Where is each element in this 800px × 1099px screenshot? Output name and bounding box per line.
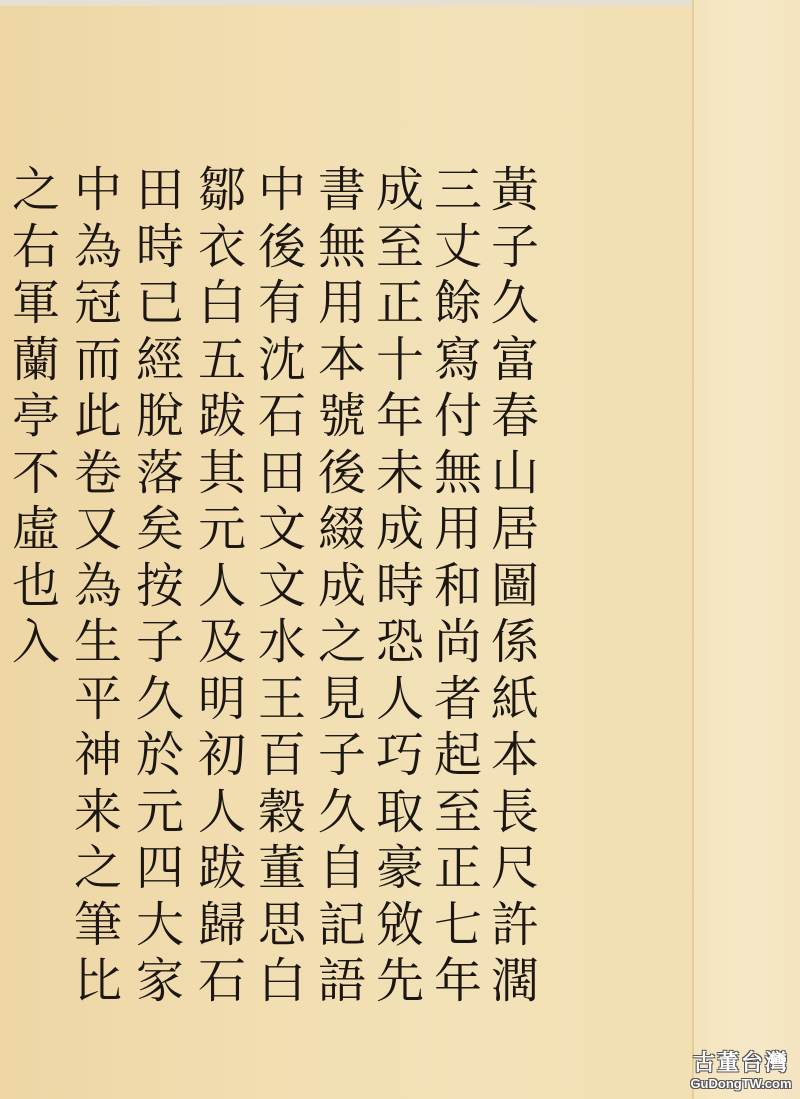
character: 於 <box>130 727 190 784</box>
character: 豪 <box>370 840 430 897</box>
character: 人 <box>192 558 252 615</box>
character: 王 <box>252 671 312 728</box>
character: 人 <box>370 671 430 728</box>
character: 落 <box>130 445 190 502</box>
character: 已 <box>130 275 190 332</box>
character: 係 <box>485 614 545 671</box>
character: 按 <box>130 558 190 615</box>
character: 為 <box>68 219 128 276</box>
character: 春 <box>485 388 545 445</box>
character: 董 <box>252 840 312 897</box>
character: 文 <box>252 501 312 558</box>
character: 冠 <box>68 275 128 332</box>
text-column-1: 黃子久富春山居圖係紙本長尺許濶 <box>485 162 545 1010</box>
character: 居 <box>485 501 545 558</box>
text-column-7: 田時已經脫落矣按子久於元四大家 <box>130 162 190 1010</box>
character: 筆 <box>68 897 128 954</box>
character: 許 <box>485 897 545 954</box>
character: 蘭 <box>6 332 66 389</box>
character: 生 <box>68 614 128 671</box>
character: 沈 <box>252 332 312 389</box>
character: 敓 <box>370 897 430 954</box>
character: 亭 <box>6 388 66 445</box>
character: 三 <box>428 162 488 219</box>
character: 巧 <box>370 727 430 784</box>
character: 鄒 <box>192 162 252 219</box>
text-column-9: 之右軍蘭亭不虛也入 <box>6 162 66 671</box>
character: 恐 <box>370 614 430 671</box>
character: 黃 <box>485 162 545 219</box>
character: 入 <box>6 614 66 671</box>
character: 為 <box>68 558 128 615</box>
character: 虛 <box>6 501 66 558</box>
character: 圖 <box>485 558 545 615</box>
character: 綴 <box>312 501 372 558</box>
text-column-2: 三丈餘寫付無用和尚者起至正七年 <box>428 162 488 1010</box>
character: 成 <box>370 501 430 558</box>
character: 起 <box>428 727 488 784</box>
character: 百 <box>252 727 312 784</box>
character: 後 <box>252 219 312 276</box>
text-column-6: 鄒衣白五跋其元人及明初人跋歸石 <box>192 162 252 1010</box>
watermark-url: GuDongTW.com <box>686 1076 796 1092</box>
character: 之 <box>6 162 66 219</box>
character: 石 <box>192 953 252 1010</box>
character: 白 <box>252 953 312 1010</box>
character: 取 <box>370 784 430 841</box>
character: 至 <box>370 219 430 276</box>
character: 子 <box>485 219 545 276</box>
paper-seam <box>692 0 694 1099</box>
character: 長 <box>485 784 545 841</box>
character: 軍 <box>6 275 66 332</box>
character: 本 <box>312 332 372 389</box>
watermark: 古董台灣 GuDongTW.com <box>686 1052 796 1092</box>
character: 久 <box>130 671 190 728</box>
character: 號 <box>312 388 372 445</box>
character: 此 <box>68 388 128 445</box>
character: 跋 <box>192 388 252 445</box>
character: 又 <box>68 501 128 558</box>
character: 中 <box>68 162 128 219</box>
character: 成 <box>312 558 372 615</box>
character: 白 <box>192 275 252 332</box>
character: 家 <box>130 953 190 1010</box>
character: 初 <box>192 727 252 784</box>
text-column-8: 中為冠而此卷又為生平神来之筆比 <box>68 162 128 1010</box>
watermark-chinese: 古董台灣 <box>686 1052 796 1076</box>
top-edge <box>0 0 800 6</box>
character: 書 <box>312 162 372 219</box>
character: 尚 <box>428 614 488 671</box>
character: 右 <box>6 219 66 276</box>
character: 見 <box>312 671 372 728</box>
right-blank-panel <box>693 0 800 1099</box>
character: 無 <box>312 219 372 276</box>
character: 人 <box>192 784 252 841</box>
character: 紙 <box>485 671 545 728</box>
character: 寫 <box>428 332 488 389</box>
character: 之 <box>68 840 128 897</box>
text-column-4: 書無用本號後綴成之見子久自記語 <box>312 162 372 1010</box>
character: 之 <box>312 614 372 671</box>
character: 年 <box>428 953 488 1010</box>
character: 自 <box>312 840 372 897</box>
character: 正 <box>428 840 488 897</box>
character: 無 <box>428 445 488 502</box>
character: 元 <box>192 501 252 558</box>
character: 思 <box>252 897 312 954</box>
character: 年 <box>370 388 430 445</box>
character: 不 <box>6 445 66 502</box>
character: 脫 <box>130 388 190 445</box>
character: 本 <box>485 727 545 784</box>
character: 水 <box>252 614 312 671</box>
character: 五 <box>192 332 252 389</box>
character: 田 <box>130 162 190 219</box>
character: 中 <box>252 162 312 219</box>
character: 衣 <box>192 219 252 276</box>
character: 明 <box>192 671 252 728</box>
character: 田 <box>252 445 312 502</box>
character: 比 <box>68 953 128 1010</box>
character: 時 <box>370 558 430 615</box>
character: 子 <box>312 727 372 784</box>
character: 跋 <box>192 840 252 897</box>
character: 矣 <box>130 501 190 558</box>
character: 元 <box>130 784 190 841</box>
text-column-5: 中後有沈石田文文水王百穀董思白 <box>252 162 312 1010</box>
character: 子 <box>130 614 190 671</box>
character: 石 <box>252 388 312 445</box>
character: 正 <box>370 275 430 332</box>
character: 也 <box>6 558 66 615</box>
character: 其 <box>192 445 252 502</box>
character: 未 <box>370 445 430 502</box>
character: 及 <box>192 614 252 671</box>
character: 来 <box>68 784 128 841</box>
character: 卷 <box>68 445 128 502</box>
character: 文 <box>252 558 312 615</box>
character: 山 <box>485 445 545 502</box>
character: 付 <box>428 388 488 445</box>
character: 久 <box>485 275 545 332</box>
character: 和 <box>428 558 488 615</box>
character: 至 <box>428 784 488 841</box>
character: 尺 <box>485 840 545 897</box>
character: 先 <box>370 953 430 1010</box>
character: 用 <box>312 275 372 332</box>
character: 者 <box>428 671 488 728</box>
character: 時 <box>130 219 190 276</box>
character: 平 <box>68 671 128 728</box>
character: 而 <box>68 332 128 389</box>
character: 記 <box>312 897 372 954</box>
character: 語 <box>312 953 372 1010</box>
character: 神 <box>68 727 128 784</box>
character: 濶 <box>485 953 545 1010</box>
character: 十 <box>370 332 430 389</box>
character: 七 <box>428 897 488 954</box>
character: 經 <box>130 332 190 389</box>
character: 用 <box>428 501 488 558</box>
character: 歸 <box>192 897 252 954</box>
character: 有 <box>252 275 312 332</box>
character: 穀 <box>252 784 312 841</box>
character: 成 <box>370 162 430 219</box>
character: 後 <box>312 445 372 502</box>
character: 久 <box>312 784 372 841</box>
character: 富 <box>485 332 545 389</box>
character: 餘 <box>428 275 488 332</box>
character: 丈 <box>428 219 488 276</box>
character: 四 <box>130 840 190 897</box>
text-column-3: 成至正十年未成時恐人巧取豪敓先 <box>370 162 430 1010</box>
character: 大 <box>130 897 190 954</box>
